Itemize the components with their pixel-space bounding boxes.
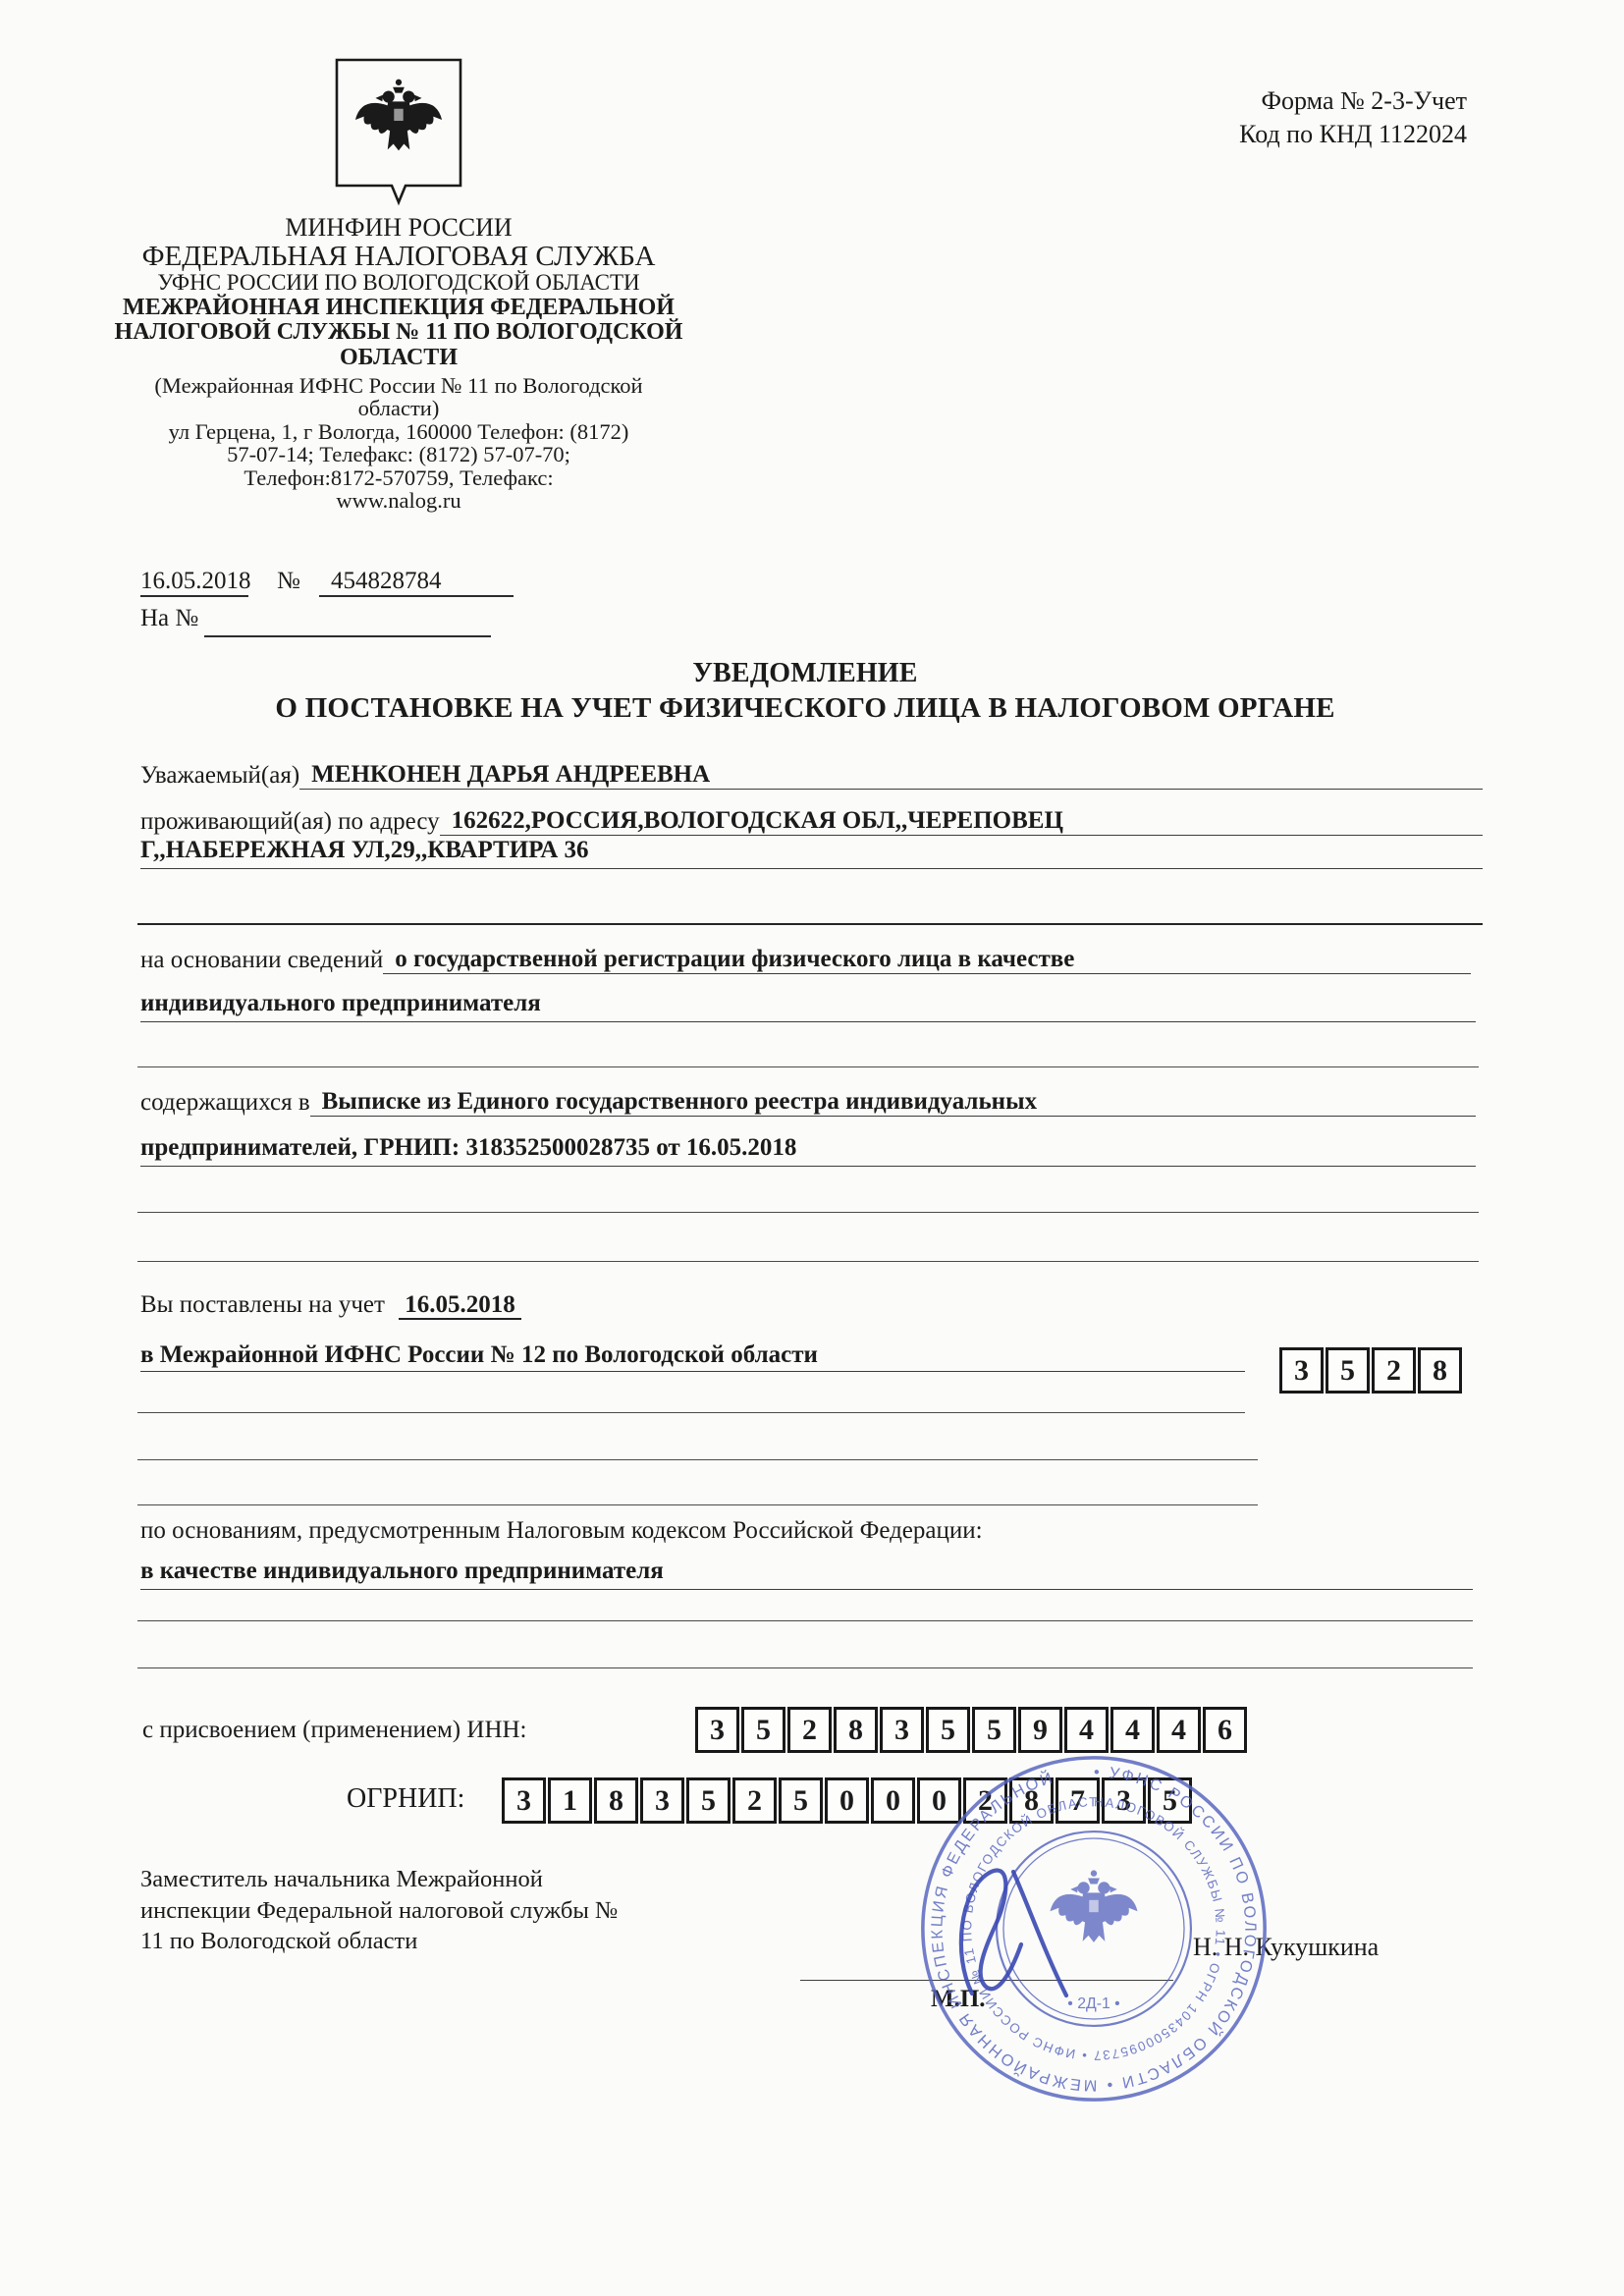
- address-line2: Г,,НАБЕРЕЖНАЯ УЛ,29,,КВАРТИРА 36: [140, 837, 1483, 869]
- agency-letterhead: МИНФИН РОССИИ ФЕДЕРАЛЬНАЯ НАЛОГОВАЯ СЛУЖ…: [98, 57, 699, 512]
- grounds-label: по основаниям, предусмотренным Налоговым…: [140, 1517, 983, 1545]
- handwritten-signature: [945, 1848, 1141, 2015]
- authority-underline-filler: [818, 1371, 1245, 1372]
- form-number-label: Форма № 2-3-Учет: [1060, 84, 1467, 118]
- basis-label: на основании сведений: [140, 947, 383, 974]
- basis-value1: о государственной регистрации физическог…: [383, 946, 1471, 974]
- address-row: проживающий(ая) по адресу 162622,РОССИЯ,…: [140, 807, 1483, 836]
- blank-ruled-line: [137, 894, 1483, 925]
- document-date: 16.05.2018: [140, 568, 248, 597]
- person-name: МЕНКОНЕН ДАРЬЯ АНДРЕЕВНА: [299, 761, 1483, 790]
- number-sign: №: [277, 568, 300, 595]
- agency-contact-line3: Телефон:8172-570759, Телефакс:: [98, 466, 699, 489]
- salutation-label: Уважаемый(ая): [140, 762, 299, 790]
- digit-cell: 5: [686, 1777, 731, 1824]
- ogrnip-label: ОГРНИП:: [347, 1783, 464, 1815]
- digit-cell: 8: [1418, 1347, 1462, 1394]
- basis-value2: индивидуального предпринимателя: [140, 990, 1476, 1022]
- digit-cell: 3: [502, 1777, 546, 1824]
- address-label: проживающий(ая) по адресу: [140, 808, 440, 836]
- agency-inspection-line2: НАЛОГОВОЙ СЛУЖБЫ № 11 ПО ВОЛОГОДСКОЙ: [98, 320, 699, 345]
- contained-value1: Выписке из Единого государственного реес…: [310, 1088, 1476, 1117]
- digit-cell: 2: [732, 1777, 777, 1824]
- digit-cell: 5: [779, 1777, 823, 1824]
- blank-ruled-line: [137, 1642, 1473, 1668]
- on-number-blank-line: [204, 605, 491, 637]
- contained-value2: предпринимателей, ГРНИП: 318352500028735…: [140, 1134, 1476, 1167]
- blank-ruled-line: [137, 1041, 1479, 1067]
- blank-ruled-line: [137, 1434, 1258, 1460]
- agency-ufns: УФНС РОССИИ ПО ВОЛОГОДСКОЙ ОБЛАСТИ: [98, 271, 699, 295]
- coat-of-arms-box: [334, 57, 463, 206]
- digit-cell: 2: [787, 1707, 832, 1753]
- agency-inspection-line1: МЕЖРАЙОННАЯ ИНСПЕКЦИЯ ФЕДЕРАЛЬНОЙ: [98, 296, 699, 320]
- agency-website: www.nalog.ru: [98, 489, 699, 512]
- digit-cell: 0: [825, 1777, 869, 1824]
- digit-cell: 8: [834, 1707, 878, 1753]
- digit-cell: 8: [594, 1777, 638, 1824]
- title-line2: О ПОСТАНОВКЕ НА УЧЕТ ФИЗИЧЕСКОГО ЛИЦА В …: [142, 692, 1468, 725]
- registered-date: 16.05.2018: [399, 1291, 521, 1320]
- agency-minfin: МИНФИН РОССИИ: [98, 214, 699, 242]
- blank-ruled-line: [137, 1595, 1473, 1621]
- authority-code-boxes: 3528: [1279, 1347, 1464, 1394]
- blank-ruled-line: [137, 1387, 1245, 1413]
- contained-row: содержащихся в Выписке из Единого госуда…: [140, 1088, 1476, 1117]
- agency-inspection-line3: ОБЛАСТИ: [98, 346, 699, 370]
- registered-label: Вы поставлены на учет: [140, 1291, 385, 1318]
- digit-cell: 5: [741, 1707, 785, 1753]
- authority-row: в Межрайонной ИФНС России № 12 по Волого…: [140, 1341, 1245, 1372]
- blank-ruled-line: [137, 1186, 1479, 1213]
- registered-authority: в Межрайонной ИФНС России № 12 по Волого…: [140, 1341, 818, 1372]
- address-line1: 162622,РОССИЯ,ВОЛОГОДСКАЯ ОБЛ,,ЧЕРЕПОВЕЦ: [440, 807, 1483, 836]
- contained-label: содержащихся в: [140, 1089, 310, 1117]
- double-headed-eagle-icon: [355, 80, 442, 151]
- digit-cell: 5: [1326, 1347, 1370, 1394]
- agency-paren-line1: (Межрайонная ИФНС России № 11 по Вологод…: [98, 374, 699, 397]
- inn-label: с присвоением (применением) ИНН:: [142, 1717, 527, 1744]
- grounds-value: в качестве индивидуального предпринимате…: [140, 1558, 1473, 1590]
- digit-cell: 1: [548, 1777, 592, 1824]
- registered-row: Вы поставлены на учет 16.05.2018: [140, 1291, 521, 1319]
- basis-row: на основании сведений о государственной …: [140, 946, 1471, 974]
- officer-title-block: Заместитель начальника Межрайонной инспе…: [140, 1864, 788, 1957]
- agency-contact-line2: 57-07-14; Телефакс: (8172) 57-07-70;: [98, 443, 699, 465]
- knd-code-label: Код по КНД 1122024: [1060, 118, 1467, 151]
- salutation-row: Уважаемый(ая) МЕНКОНЕН ДАРЬЯ АНДРЕЕВНА: [140, 761, 1483, 790]
- blank-ruled-line: [137, 1235, 1479, 1262]
- digit-cell: 3: [695, 1707, 739, 1753]
- digit-cell: 3: [1279, 1347, 1324, 1394]
- officer-title-line2: инспекции Федеральной налоговой службы №: [140, 1895, 788, 1927]
- digit-cell: 3: [640, 1777, 684, 1824]
- blank-ruled-line: [137, 1479, 1258, 1505]
- officer-title-line1: Заместитель начальника Межрайонной: [140, 1864, 788, 1895]
- agency-fns: ФЕДЕРАЛЬНАЯ НАЛОГОВАЯ СЛУЖБА: [98, 242, 699, 272]
- document-title: УВЕДОМЛЕНИЕ О ПОСТАНОВКЕ НА УЧЕТ ФИЗИЧЕС…: [142, 658, 1468, 725]
- digit-cell: 2: [1372, 1347, 1416, 1394]
- document-number: 454828784: [319, 568, 514, 597]
- agency-paren-line2: области): [98, 397, 699, 419]
- agency-contact-line1: ул Герцена, 1, г Вологда, 160000 Телефон…: [98, 420, 699, 443]
- title-line1: УВЕДОМЛЕНИЕ: [142, 658, 1468, 689]
- on-number-label: На №: [140, 605, 198, 632]
- form-code-block: Форма № 2-3-Учет Код по КНД 1122024: [1060, 84, 1467, 151]
- scanned-tax-notification-page: Форма № 2-3-Учет Код по КНД 1122024 МИНФ…: [0, 0, 1624, 2296]
- officer-title-line3: 11 по Вологодской области: [140, 1926, 788, 1957]
